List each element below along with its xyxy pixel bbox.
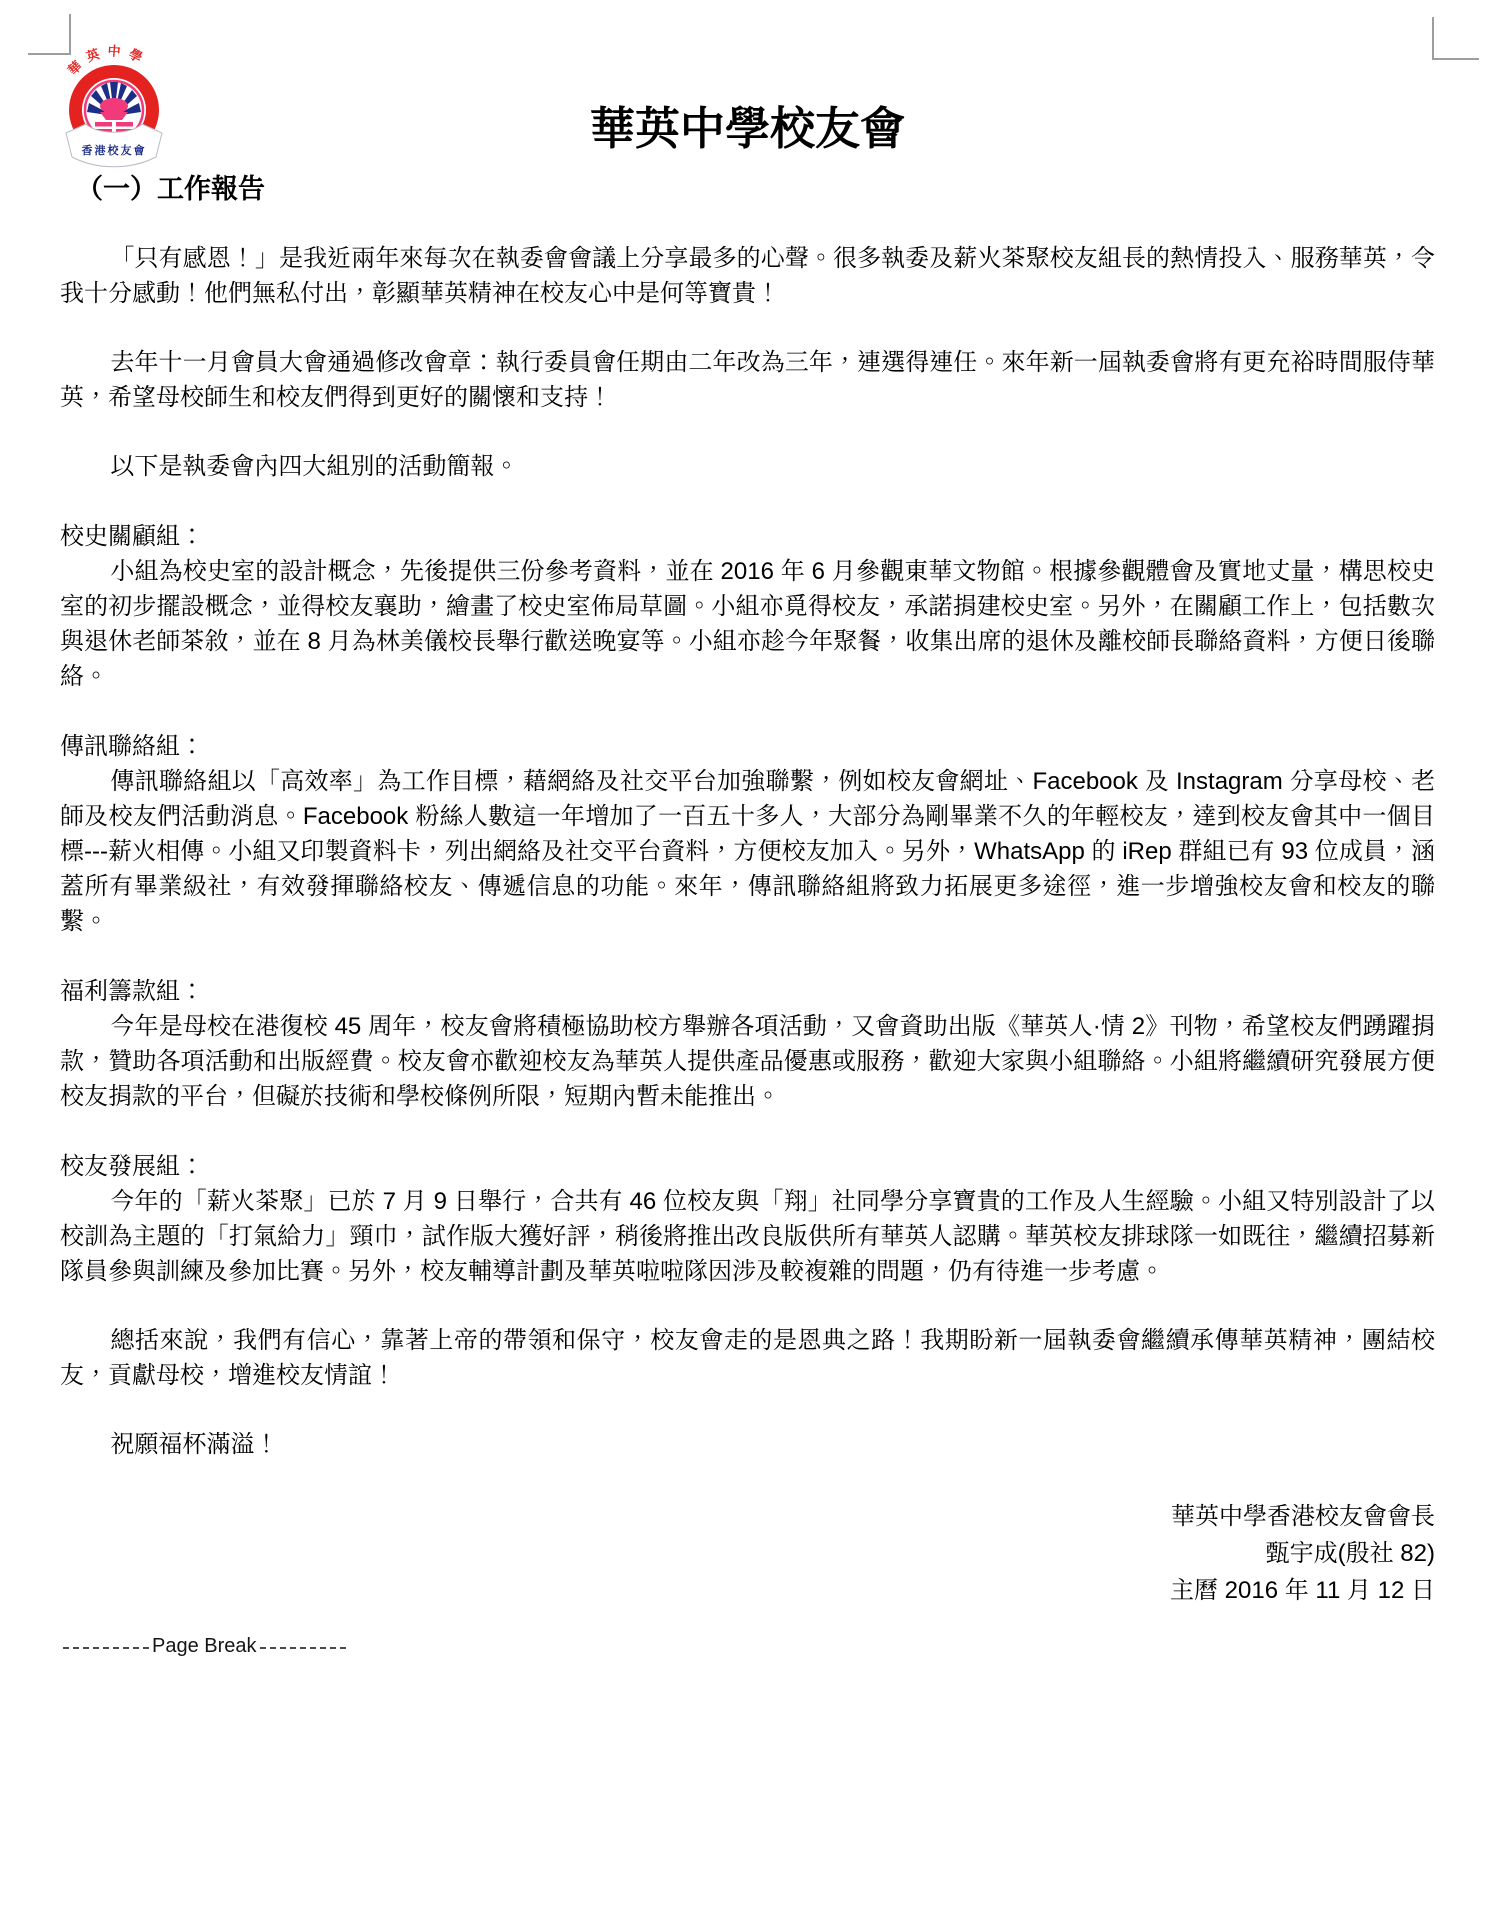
closing-paragraph: 總括來說，我們有信心，靠著上帝的帶領和保守，校友會走的是恩典之路！我期盼新一屆執… — [60, 1323, 1435, 1393]
signature-name: 甄宇成(殷社 82) — [60, 1535, 1435, 1572]
intro-paragraph: 「只有感恩！」是我近兩年來每次在執委會會議上分享最多的心聲。很多執委及薪火茶聚校… — [60, 241, 1435, 311]
group-body: 小組為校史室的設計概念，先後提供三份參考資料，並在 2016 年 6 月參觀東華… — [60, 554, 1435, 694]
group-section-development: 校友發展組： 今年的「薪火茶聚」已於 7 月 9 日舉行，合共有 46 位校友與… — [60, 1149, 1435, 1289]
group-heading: 校友發展組： — [60, 1149, 1435, 1184]
signature-block: 華英中學香港校友會會長 甄宇成(殷社 82) 主曆 2016 年 11 月 12… — [60, 1498, 1435, 1609]
page-break-marker: Page Break — [60, 1635, 349, 1658]
page-break-label: Page Break — [152, 1635, 257, 1658]
page-break-dash — [63, 1647, 149, 1649]
intro-paragraph: 以下是執委會內四大組別的活動簡報。 — [60, 449, 1435, 484]
closing-paragraph: 祝願福杯滿溢！ — [60, 1427, 1435, 1462]
group-body: 今年是母校在港復校 45 周年，校友會將積極協助校方舉辦各項活動，又會資助出版《… — [60, 1009, 1435, 1114]
signature-title: 華英中學香港校友會會長 — [60, 1498, 1435, 1535]
intro-paragraph: 去年十一月會員大會通過修改會章：執行委員會任期由二年改為三年，連選得連任。來年新… — [60, 345, 1435, 415]
group-body: 傳訊聯絡組以「高效率」為工作目標，藉網絡及社交平台加強聯繫，例如校友會網址、Fa… — [60, 764, 1435, 939]
group-section-communication: 傳訊聯絡組： 傳訊聯絡組以「高效率」為工作目標，藉網絡及社交平台加強聯繫，例如校… — [60, 729, 1435, 939]
document-body: 華英中學校友會 （一）工作報告 「只有感恩！」是我近兩年來每次在執委會會議上分享… — [60, 0, 1435, 1658]
group-heading: 傳訊聯絡組： — [60, 729, 1435, 764]
document-page: { "doc": { "title": "華英中學校友會", "section_… — [0, 0, 1489, 1920]
page-break-dash — [260, 1647, 346, 1649]
group-body: 今年的「薪火茶聚」已於 7 月 9 日舉行，合共有 46 位校友與「翔」社同學分… — [60, 1184, 1435, 1289]
signature-date: 主曆 2016 年 11 月 12 日 — [60, 1572, 1435, 1609]
group-section-welfare: 福利籌款組： 今年是母校在港復校 45 周年，校友會將積極協助校方舉辦各項活動，… — [60, 974, 1435, 1114]
group-heading: 校史關顧組： — [60, 519, 1435, 554]
group-section-history: 校史關顧組： 小組為校史室的設計概念，先後提供三份參考資料，並在 2016 年 … — [60, 519, 1435, 694]
section-heading: （一）工作報告 — [76, 171, 1435, 207]
text-boundary-corner-topright — [1432, 17, 1479, 60]
group-heading: 福利籌款組： — [60, 974, 1435, 1009]
page-title: 華英中學校友會 — [60, 103, 1435, 155]
